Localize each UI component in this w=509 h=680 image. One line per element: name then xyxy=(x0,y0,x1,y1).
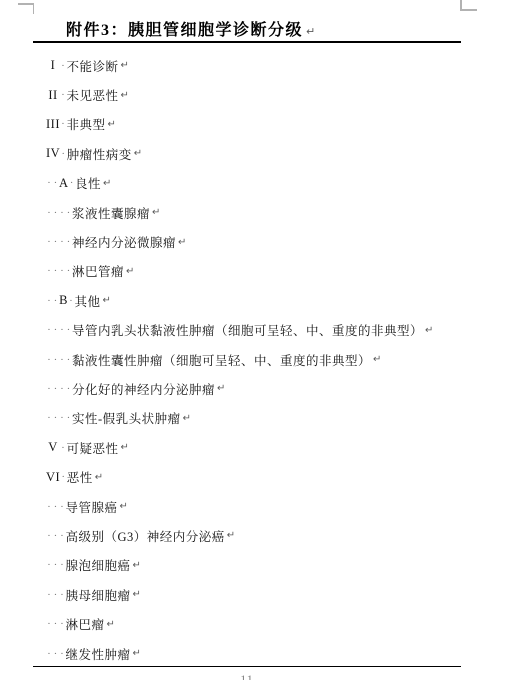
line-text: 分化好的神经内分泌肿瘤 xyxy=(72,380,215,398)
line-text: 未见恶性 xyxy=(67,86,119,104)
line-text: 导管腺癌 xyxy=(66,498,118,516)
paragraph-mark-icon: ↵ xyxy=(103,295,112,306)
paragraph-mark-icon: ↵ xyxy=(133,648,142,659)
paragraph-mark-icon: ↵ xyxy=(425,325,434,336)
doc-line: ····分化好的神经内分泌肿瘤↵ xyxy=(46,374,434,403)
paragraph-mark-icon: ↵ xyxy=(134,148,143,159)
document-title-row: 附件3：胰胆管细胞学诊断分级↵ xyxy=(66,17,317,40)
doc-line: ····黏液性囊性肿瘤（细胞可呈轻、中、重度的非典型）↵ xyxy=(46,345,434,374)
line-text: 腺泡细胞癌 xyxy=(66,556,131,574)
doc-line: ····淋巴管瘤↵ xyxy=(46,257,434,286)
doc-line: ····实性-假乳头状肿瘤↵ xyxy=(46,404,434,433)
line-text: 导管内乳头状黏液性肿瘤（细胞可呈轻、中、重度的非典型） xyxy=(72,321,423,339)
paragraph-mark-icon: ↵ xyxy=(133,560,142,571)
document-page: 附件3：胰胆管细胞学诊断分级↵ I·不能诊断↵II·未见恶性↵III·非典型↵I… xyxy=(0,0,509,680)
doc-line: ···淋巴瘤↵ xyxy=(46,609,434,638)
paragraph-mark-icon: ↵ xyxy=(183,413,192,424)
line-text: 高级别（G3）神经内分泌癌 xyxy=(66,527,225,545)
outline-list: I·不能诊断↵II·未见恶性↵III·非典型↵IV·肿瘤性病变↵··A·良性↵·… xyxy=(46,51,434,668)
doc-line: ··A·良性↵ xyxy=(46,169,434,198)
line-label: A xyxy=(59,176,69,191)
paragraph-mark-icon: ↵ xyxy=(103,178,112,189)
paragraph-mark-icon: ↵ xyxy=(120,501,129,512)
footer-rule xyxy=(33,666,461,667)
line-label: VI xyxy=(46,470,60,485)
paragraph-mark-icon: ↵ xyxy=(121,90,130,101)
doc-line: ···高级别（G3）神经内分泌癌↵ xyxy=(46,521,434,550)
doc-line: V·可疑恶性↵ xyxy=(46,433,434,462)
paragraph-mark-icon: ↵ xyxy=(306,25,317,38)
line-label: I xyxy=(46,58,60,73)
paragraph-mark-icon: ↵ xyxy=(121,60,130,71)
line-text: 淋巴瘤 xyxy=(66,615,105,633)
line-label: IV xyxy=(46,146,60,161)
line-text: 其他 xyxy=(75,292,101,310)
line-label: II xyxy=(46,88,60,103)
paragraph-mark-icon: ↵ xyxy=(133,589,142,600)
doc-line: ····导管内乳头状黏液性肿瘤（细胞可呈轻、中、重度的非典型）↵ xyxy=(46,316,434,345)
line-text: 继发性肿瘤 xyxy=(66,645,131,663)
line-text: 非典型 xyxy=(67,115,106,133)
paragraph-mark-icon: ↵ xyxy=(107,619,116,630)
paragraph-mark-icon: ↵ xyxy=(108,119,117,130)
doc-line: IV·肿瘤性病变↵ xyxy=(46,139,434,168)
doc-line: ····浆液性囊腺瘤↵ xyxy=(46,198,434,227)
doc-line: ··B·其他↵ xyxy=(46,286,434,315)
line-text: 肿瘤性病变 xyxy=(67,145,132,163)
line-text: 神经内分泌微腺瘤 xyxy=(72,233,176,251)
doc-line: VI·恶性↵ xyxy=(46,462,434,491)
paragraph-mark-icon: ↵ xyxy=(178,237,187,248)
title-underline-rule xyxy=(33,41,461,43)
margin-crop-mark-top-right xyxy=(460,9,477,11)
line-label: III xyxy=(46,117,60,132)
line-text: 黏液性囊性肿瘤（细胞可呈轻、中、重度的非典型） xyxy=(72,351,371,369)
line-label: V xyxy=(46,440,60,455)
document-title: 附件3：胰胆管细胞学诊断分级 xyxy=(66,22,303,39)
line-text: 良性 xyxy=(75,174,101,192)
doc-line: ···导管腺癌↵ xyxy=(46,492,434,521)
line-text: 不能诊断 xyxy=(67,57,119,75)
doc-line: ···继发性肿瘤↵ xyxy=(46,639,434,668)
paragraph-mark-icon: ↵ xyxy=(217,383,226,394)
doc-line: ····神经内分泌微腺瘤↵ xyxy=(46,227,434,256)
margin-crop-mark-top-left xyxy=(33,3,35,14)
line-label: B xyxy=(59,293,68,308)
paragraph-mark-icon: ↵ xyxy=(373,354,382,365)
line-text: 实性-假乳头状肿瘤 xyxy=(72,409,181,427)
paragraph-mark-icon: ↵ xyxy=(95,472,104,483)
line-text: 可疑恶性 xyxy=(67,439,119,457)
doc-line: III·非典型↵ xyxy=(46,110,434,139)
doc-line: II·未见恶性↵ xyxy=(46,80,434,109)
line-text: 浆液性囊腺瘤 xyxy=(72,204,150,222)
paragraph-mark-icon: ↵ xyxy=(152,207,161,218)
doc-line: ···胰母细胞瘤↵ xyxy=(46,580,434,609)
doc-line: ···腺泡细胞癌↵ xyxy=(46,551,434,580)
doc-line: I·不能诊断↵ xyxy=(46,51,434,80)
paragraph-mark-icon: ↵ xyxy=(227,530,236,541)
paragraph-mark-icon: ↵ xyxy=(121,442,130,453)
line-text: 淋巴管瘤 xyxy=(72,262,124,280)
paragraph-mark-icon: ↵ xyxy=(126,266,135,277)
line-text: 恶性 xyxy=(67,468,93,486)
page-number: 11 xyxy=(33,672,461,680)
line-text: 胰母细胞瘤 xyxy=(66,586,131,604)
